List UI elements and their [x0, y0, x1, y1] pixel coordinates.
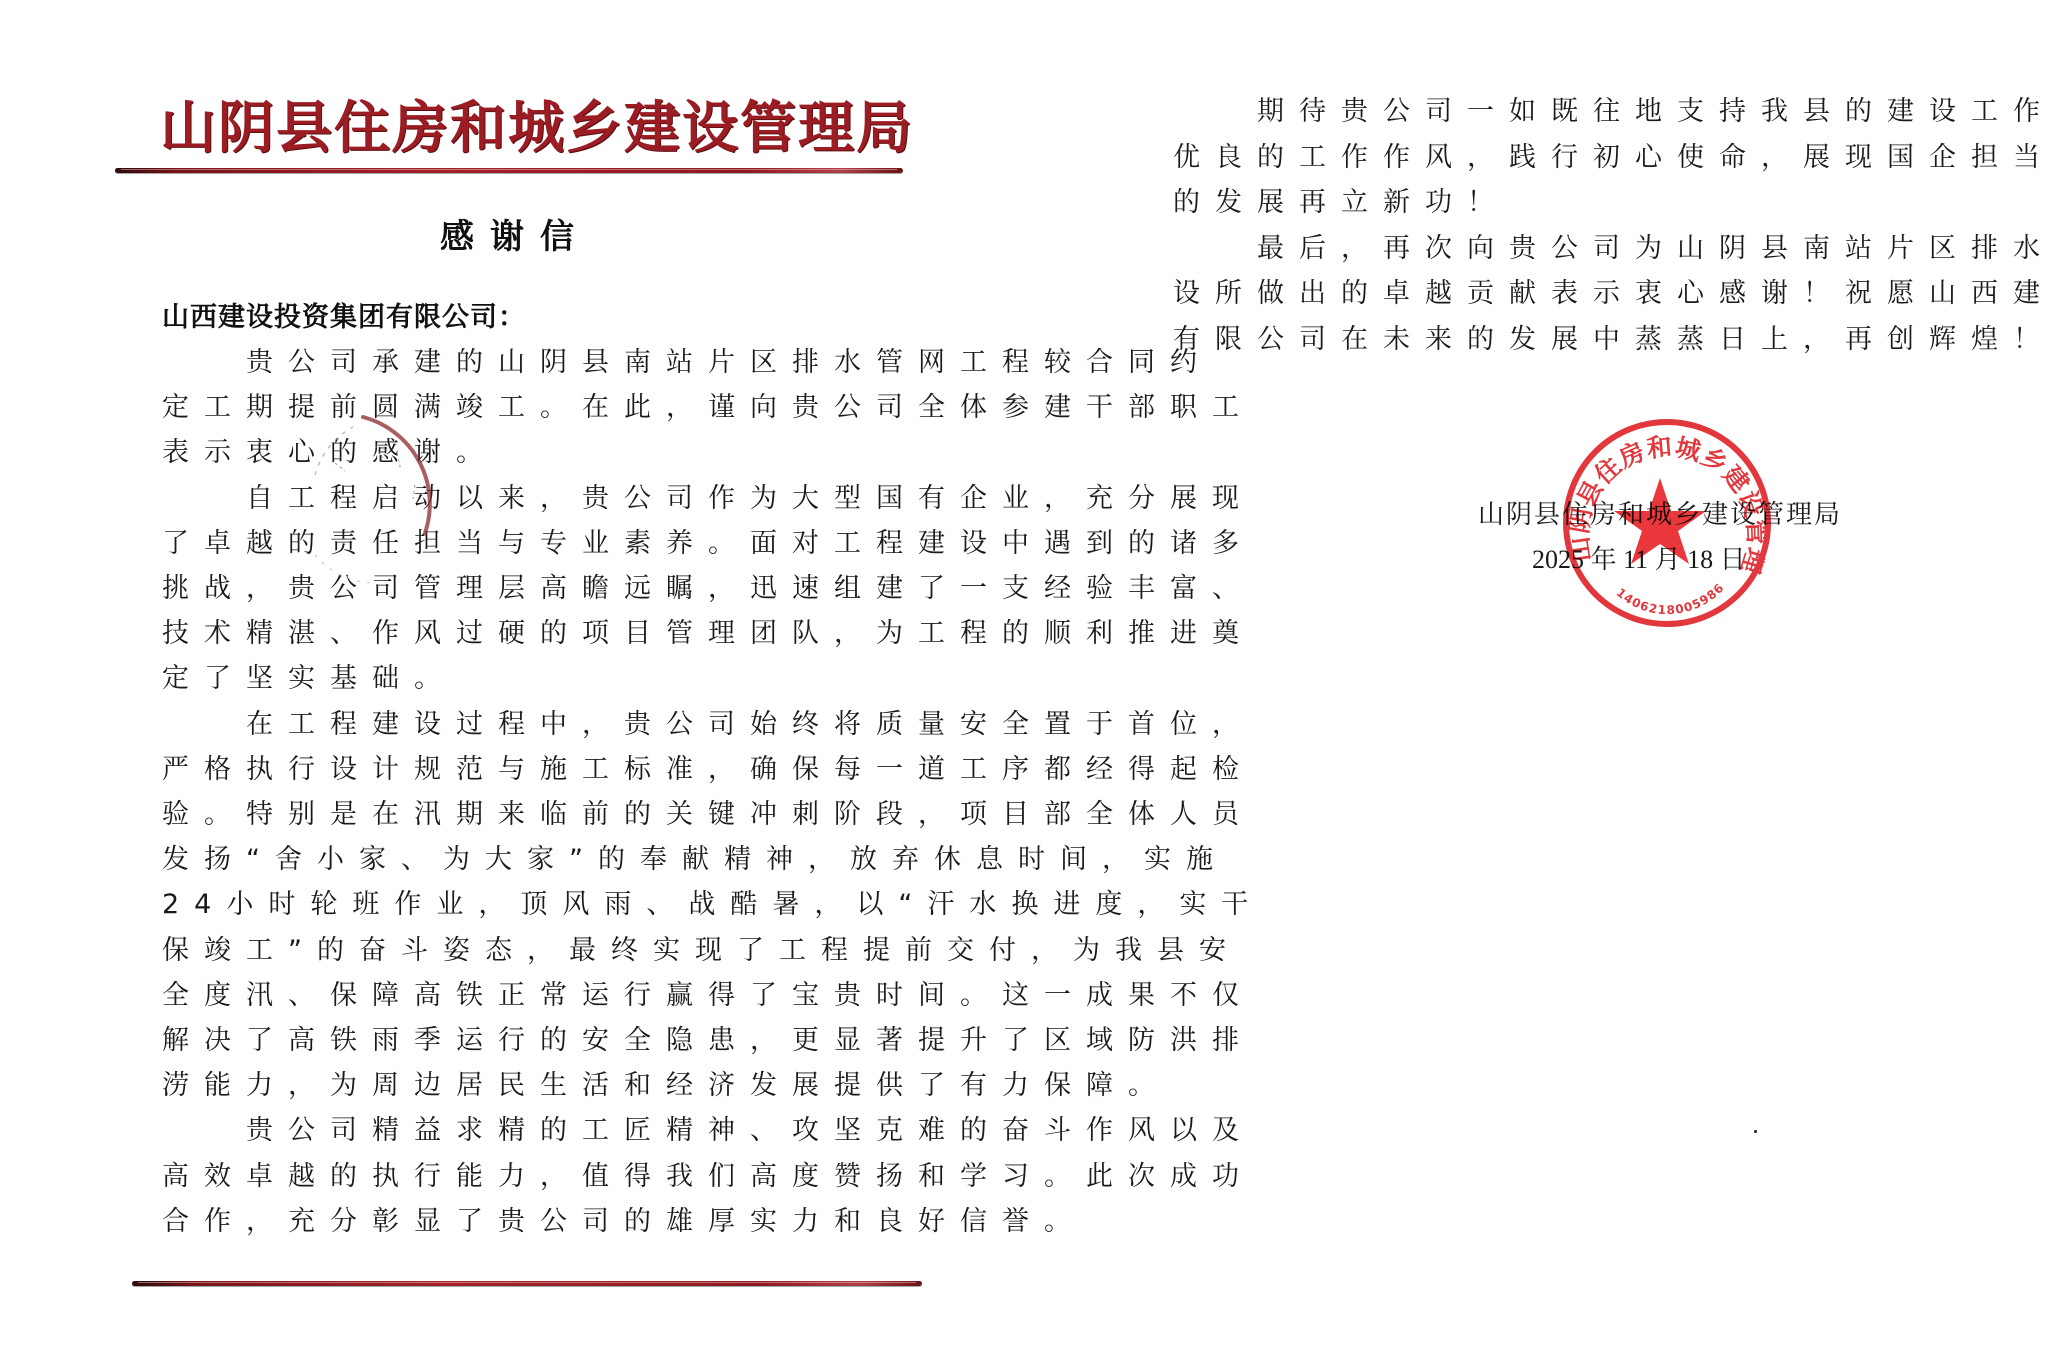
letterhead-title: 山阴县住房和城乡建设管理局: [160, 96, 880, 162]
body-line: 定了坚实基础。: [162, 659, 456, 699]
letter-page-2: 期待贵公司一如既往地支持我县的建设工作，继续保持优良的工作作风，践行初心使命，展…: [1024, 0, 2048, 1359]
document-heading: 感谢信: [440, 215, 610, 259]
body-line: 的发展再立新功！: [1173, 183, 1509, 223]
body-line: 有限公司在未来的发展中蒸蒸日上，再创辉煌！: [1173, 320, 2048, 360]
letterhead-rule-top: [115, 168, 903, 173]
body-line: 设所做出的卓越贡献表示衷心感谢！祝愿山西建设投资集团: [1173, 274, 2048, 314]
scan-speck: [1754, 1130, 1757, 1133]
faint-seal-impression-icon: [275, 405, 475, 605]
salutation: 山西建设投资集团有限公司：: [162, 298, 526, 338]
body-line: 最后，再次向贵公司为山阴县南站片区排水管网工程建: [1173, 229, 2048, 269]
body-line: 期待贵公司一如既往地支持我县的建设工作，继续保持: [1173, 92, 2048, 132]
letterhead-rule-bottom: [132, 1281, 922, 1286]
letter-page-1: 山阴县住房和城乡建设管理局 感谢信 山西建设投资集团有限公司： 贵公司承建的山阴…: [0, 0, 1024, 1359]
official-seal-icon: 山阴县住房和城乡建设管理局 1406218005986: [1560, 416, 1774, 630]
body-line: 涝能力，为周边居民生活和经济发展提供了有力保障。: [162, 1066, 1170, 1106]
body-line: 合作，充分彰显了贵公司的雄厚实力和良好信誉。: [162, 1202, 1086, 1242]
star-icon: [1614, 478, 1706, 564]
body-line: 优良的工作作风，践行初心使命，展现国企担当，为山阴县: [1173, 138, 2048, 178]
